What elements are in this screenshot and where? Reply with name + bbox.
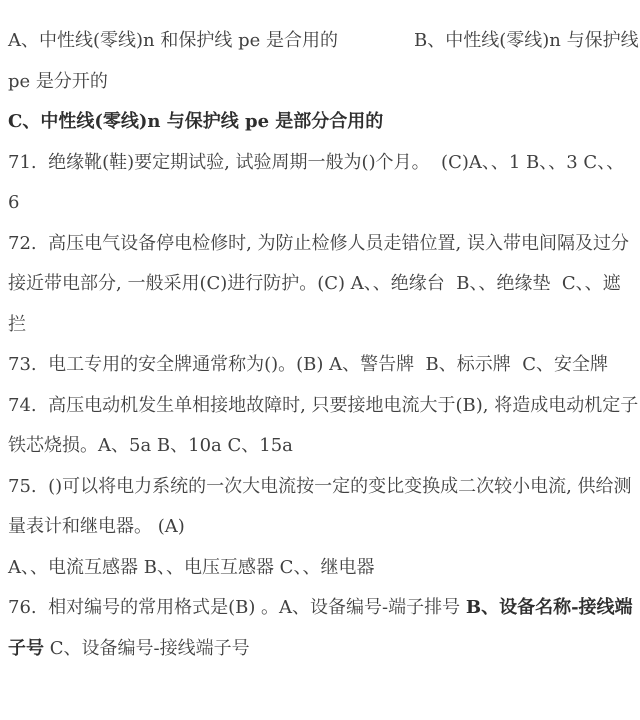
text-segment: 铁芯烧损。A、5a B、10a C、15a [8,435,293,456]
text-line: 6 [8,183,634,224]
text-line: A、、电流互感器 B、、电压互感器 C、、继电器 [8,548,634,589]
text-line: 子号 C、设备编号-接线端子号 [8,629,634,670]
text-segment: 75. ()可以将电力系统的一次大电流按一定的变比变换成二次较小电流, 供给测 [8,476,632,497]
text-segment: 子号 [8,638,44,659]
text-line: 76. 相对编号的常用格式是(B) 。A、设备编号-端子排号 B、设备名称-接线… [8,588,634,629]
document-page: A、中性线(零线)n 和保护线 pe 是合用的B、中性线(零线)n 与保护线pe… [0,0,640,720]
text-line: 74. 高压电动机发生单相接地故障时, 只要接地电流大于(B), 将造成电动机定… [8,386,634,427]
text-line: 拦 [8,305,634,346]
text-segment: 72. 高压电气设备停电检修时, 为防止检修人员走错位置, 误入带电间隔及过分 [8,233,629,254]
text-segment: 6 [8,192,19,213]
text-line: 73. 电工专用的安全牌通常称为()。(B) A、警告牌 B、标示牌 C、安全牌 [8,345,634,386]
text-line: 75. ()可以将电力系统的一次大电流按一定的变比变换成二次较小电流, 供给测 [8,467,634,508]
text-segment: 接近带电部分, 一般采用(C)进行防护。(C) A、、绝缘台 B、、绝缘垫 C、… [8,273,621,294]
text-segment: pe 是分开的 [8,71,108,92]
text-lines: A、中性线(零线)n 和保护线 pe 是合用的B、中性线(零线)n 与保护线pe… [8,21,634,669]
text-line: 71. 绝缘靴(鞋)要定期试验, 试验周期一般为()个月。 (C)A、、1 B、… [8,143,634,184]
text-line: A、中性线(零线)n 和保护线 pe 是合用的B、中性线(零线)n 与保护线 [8,21,634,62]
text-line: C、中性线(零线)n 与保护线 pe 是部分合用的 [8,102,634,143]
text-line: 量表计和继电器。 (A) [8,507,634,548]
text-segment: A、、电流互感器 B、、电压互感器 C、、继电器 [8,557,374,578]
text-segment: A、中性线(零线)n 和保护线 pe 是合用的 [8,30,338,51]
text-segment: C、中性线(零线)n 与保护线 pe 是部分合用的 [8,111,383,132]
text-segment: 拦 [8,314,26,335]
text-line: 铁芯烧损。A、5a B、10a C、15a [8,426,634,467]
text-segment: C、设备编号-接线端子号 [44,638,250,659]
text-segment: 73. 电工专用的安全牌通常称为()。(B) A、警告牌 B、标示牌 C、安全牌 [8,354,608,375]
text-line: pe 是分开的 [8,62,634,103]
text-segment: 74. 高压电动机发生单相接地故障时, 只要接地电流大于(B), 将造成电动机定… [8,395,638,416]
text-line: 接近带电部分, 一般采用(C)进行防护。(C) A、、绝缘台 B、、绝缘垫 C、… [8,264,634,305]
text-segment: B、中性线(零线)n 与保护线 [414,30,639,51]
text-line: 72. 高压电气设备停电检修时, 为防止检修人员走错位置, 误入带电间隔及过分 [8,224,634,265]
text-segment: B、设备名称-接线端 [466,597,633,618]
text-segment: 量表计和继电器。 (A) [8,516,185,537]
text-segment: 71. 绝缘靴(鞋)要定期试验, 试验周期一般为()个月。 (C)A、、1 B、… [8,152,624,173]
text-segment: 76. 相对编号的常用格式是(B) 。A、设备编号-端子排号 [8,597,466,618]
